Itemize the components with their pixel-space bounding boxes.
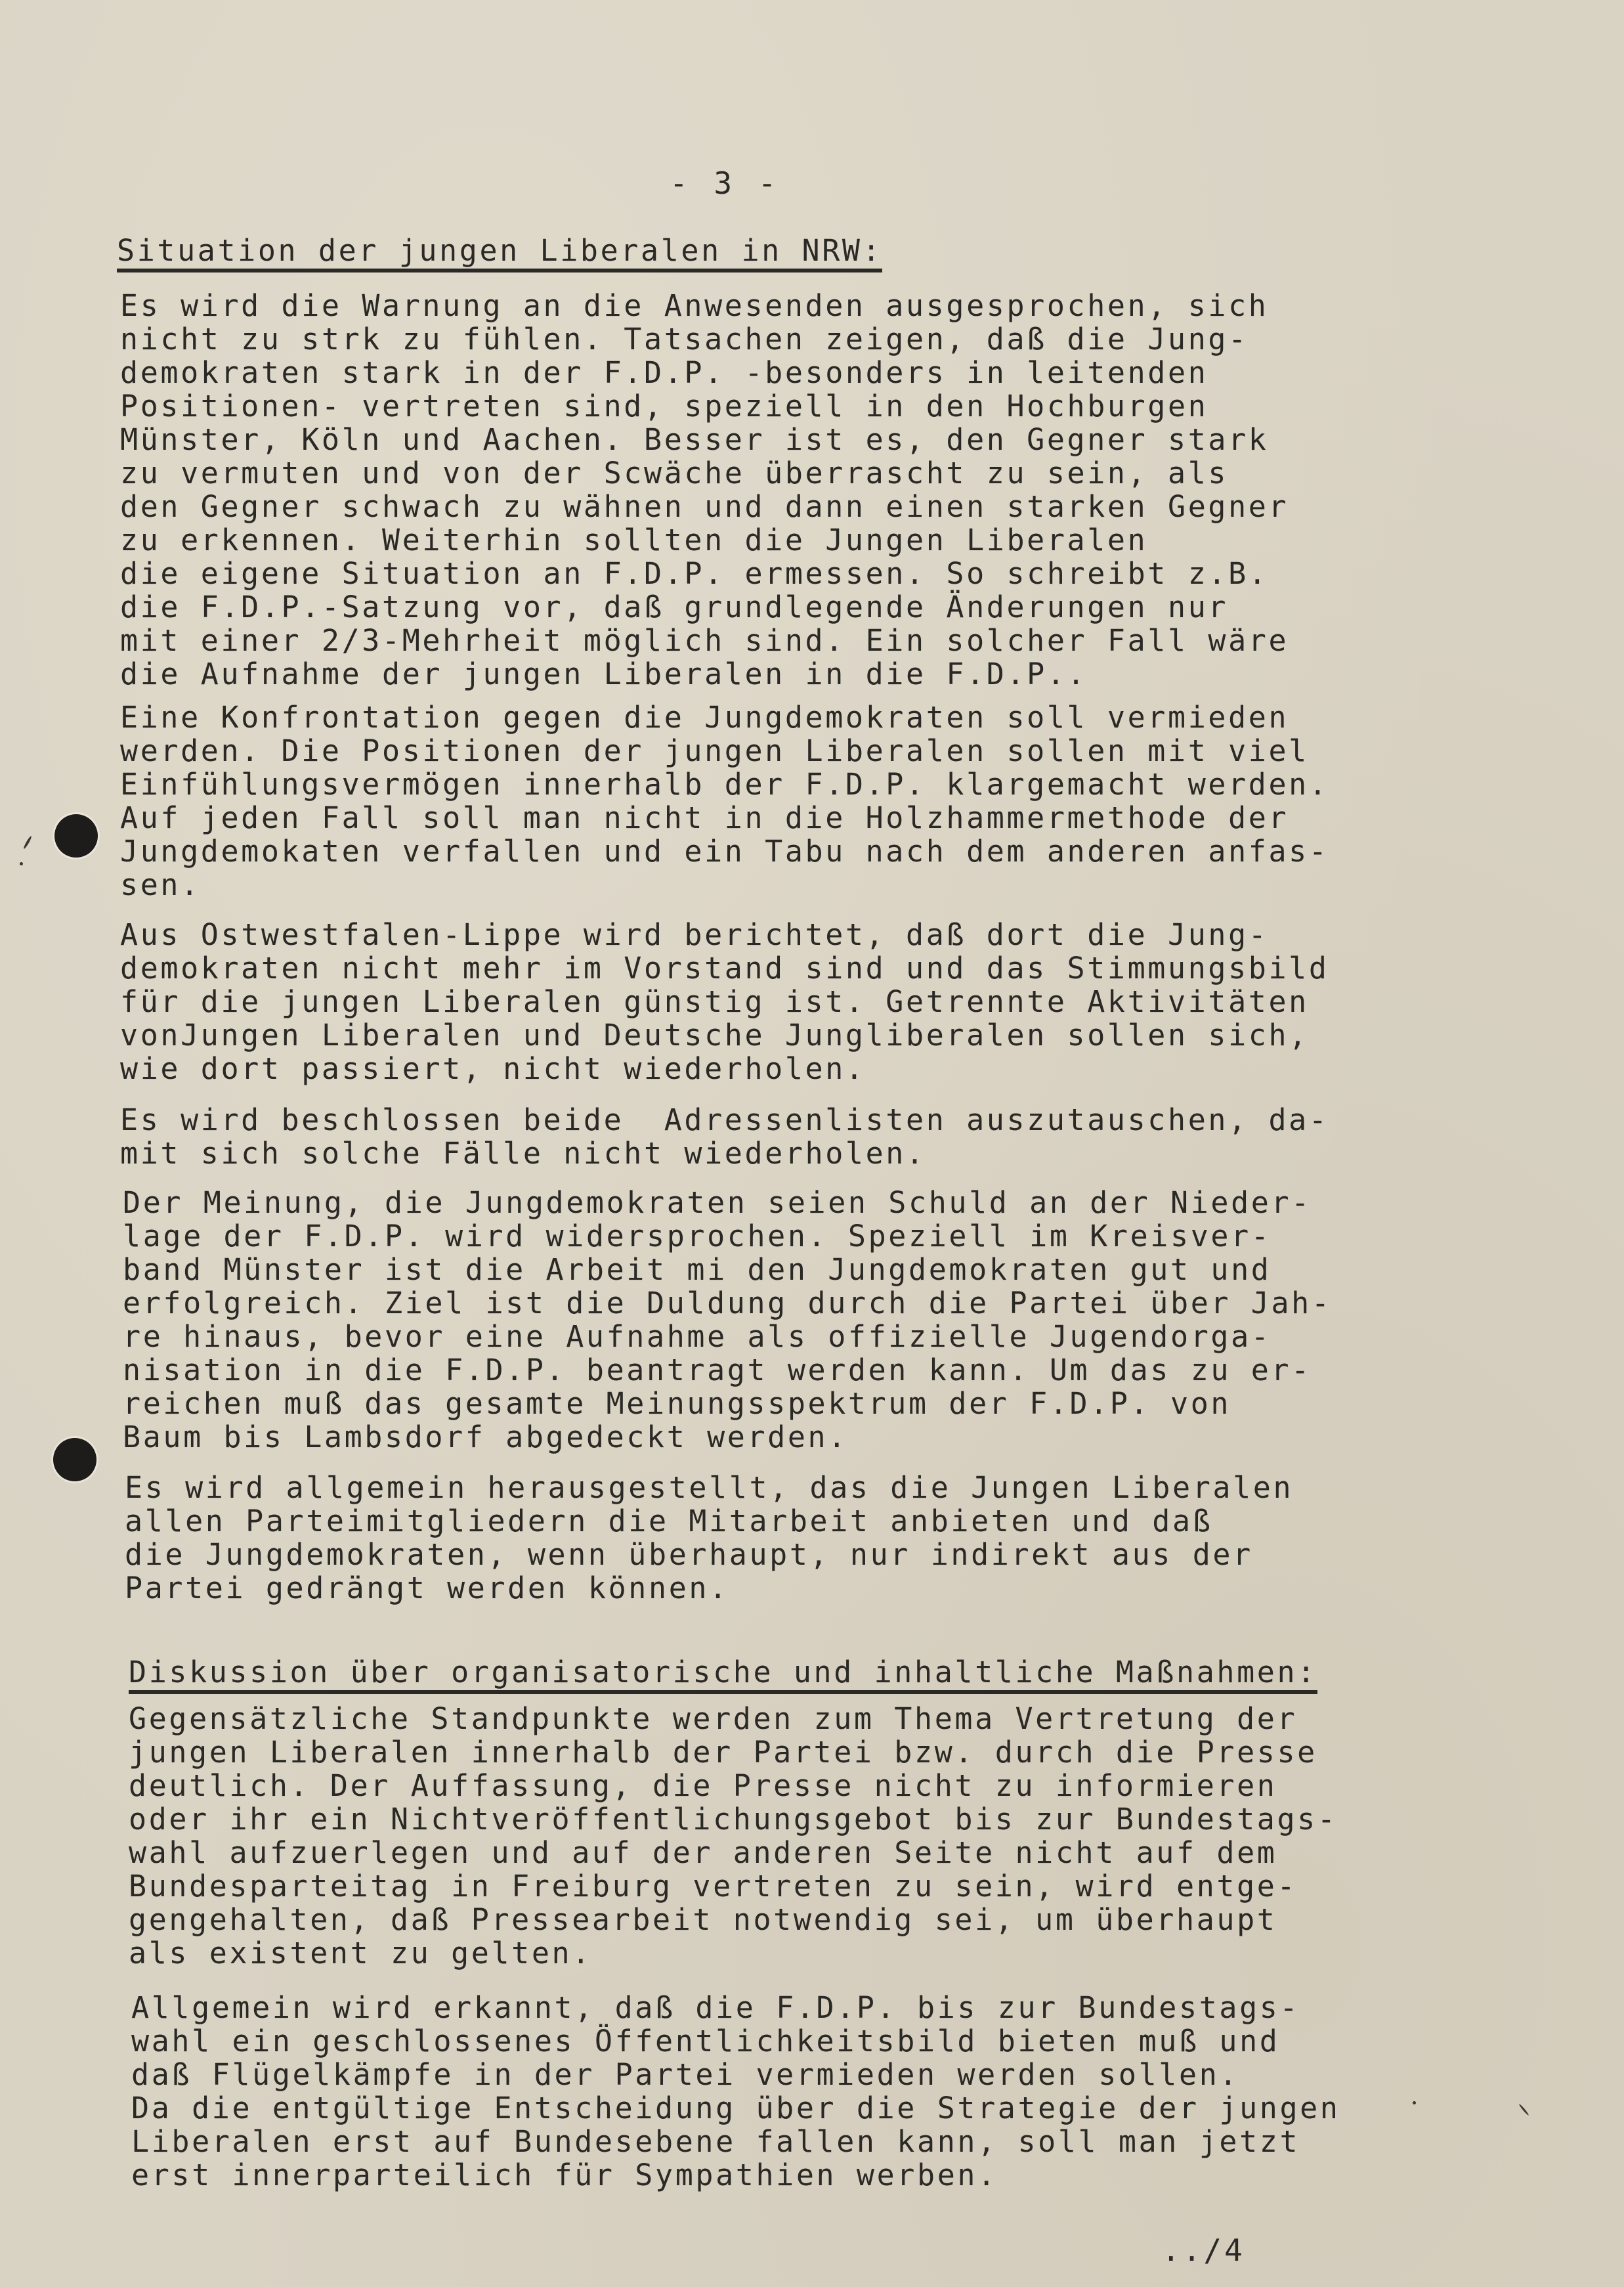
- text-line: zu vermuten und von der Scwäche überrasc…: [120, 456, 1289, 490]
- text-line: erst innerparteilich für Sympathien werb…: [131, 2158, 1340, 2192]
- text-line: werden. Die Positionen der jungen Libera…: [120, 734, 1329, 768]
- text-line: band Münster ist die Arbeit mi den Jungd…: [123, 1253, 1332, 1286]
- text-line: Baum bis Lambsdorf abgedeckt werden.: [123, 1420, 1332, 1454]
- text-line: vonJungen Liberalen und Deutsche Junglib…: [120, 1018, 1329, 1052]
- text-line: erfolgreich. Ziel ist die Duldung durch …: [123, 1286, 1332, 1320]
- text-line: die Aufnahme der jungen Liberalen in die…: [120, 657, 1289, 691]
- text-line: nisation in die F.D.P. beantragt werden …: [123, 1353, 1332, 1387]
- text-line: für die jungen Liberalen günstig ist. Ge…: [120, 985, 1329, 1018]
- text-line: die Jungdemokraten, wenn überhaupt, nur …: [125, 1538, 1293, 1571]
- text-line: Gegensätzliche Standpunkte werden zum Th…: [129, 1702, 1338, 1735]
- text-line: re hinaus, bevor eine Aufnahme als offiz…: [123, 1320, 1332, 1353]
- text-line: Münster, Köln und Aachen. Besser ist es,…: [120, 423, 1289, 456]
- text-line: Einfühlungsvermögen innerhalb der F.D.P.…: [120, 768, 1329, 801]
- text-line: Allgemein wird erkannt, daß die F.D.P. b…: [131, 1991, 1340, 2024]
- continuation-marker: ../4: [1162, 2233, 1245, 2268]
- text-line: Es wird allgemein herausgestellt, das di…: [125, 1471, 1293, 1504]
- text-line: sen.: [120, 868, 1329, 902]
- text-line: Bundesparteitag in Freiburg vertreten zu…: [129, 1869, 1338, 1903]
- text-line: demokraten nicht mehr im Vorstand sind u…: [120, 951, 1329, 985]
- text-line: daß Flügelkämpfe in der Partei vermieden…: [131, 2058, 1340, 2091]
- text-line: Jungdemokaten verfallen und ein Tabu nac…: [120, 835, 1329, 868]
- text-line: Positionen- vertreten sind, speziell in …: [120, 389, 1289, 423]
- text-line: demokraten stark in der F.D.P. -besonder…: [120, 356, 1289, 389]
- text-line: wahl ein geschlossenes Öffentlichkeitsbi…: [131, 2024, 1340, 2058]
- ink-speck: [1518, 2104, 1529, 2116]
- text-line: allen Parteimitgliedern die Mitarbeit an…: [125, 1504, 1293, 1538]
- text-line: Aus Ostwestfalen-Lippe wird berichtet, d…: [120, 918, 1329, 951]
- text-line: mit einer 2/3-Mehrheit möglich sind. Ein…: [120, 624, 1289, 657]
- text-line: wahl aufzuerlegen und auf der anderen Se…: [129, 1836, 1338, 1869]
- text-line: Auf jeden Fall soll man nicht in die Hol…: [120, 801, 1329, 835]
- text-line: nicht zu strk zu fühlen. Tatsachen zeige…: [120, 322, 1289, 356]
- text-line: die F.D.P.-Satzung vor, daß grundlegende…: [120, 590, 1289, 624]
- ink-speck: [1413, 2101, 1416, 2104]
- text-line: wie dort passiert, nicht wiederholen.: [120, 1052, 1329, 1085]
- text-line: Eine Konfrontation gegen die Jungdemokra…: [120, 701, 1329, 734]
- paragraph: Es wird beschlossen beide Adressenlisten…: [120, 1103, 1329, 1170]
- text-line: Partei gedrängt werden können.: [125, 1571, 1293, 1605]
- text-line: Es wird beschlossen beide Adressenlisten…: [120, 1103, 1329, 1137]
- ink-speck: [23, 835, 32, 849]
- text-line: die eigene Situation an F.D.P. ermessen.…: [120, 557, 1289, 590]
- paragraph: Gegensätzliche Standpunkte werden zum Th…: [129, 1702, 1338, 1970]
- text-line: den Gegner schwach zu wähnen und dann ei…: [120, 490, 1289, 523]
- text-line: reichen muß das gesamte Meinungsspektrum…: [123, 1387, 1332, 1420]
- paragraph: Es wird die Warnung an die Anwesenden au…: [120, 289, 1289, 691]
- paragraph: Der Meinung, die Jungdemokraten seien Sc…: [123, 1186, 1332, 1454]
- punch-hole-icon: [53, 1438, 96, 1481]
- text-line: lage der F.D.P. wird widersprochen. Spez…: [123, 1219, 1332, 1253]
- text-line: oder ihr ein Nichtveröffentlichungsgebot…: [129, 1802, 1338, 1836]
- text-line: Der Meinung, die Jungdemokraten seien Sc…: [123, 1186, 1332, 1219]
- text-line: deutlich. Der Auffassung, die Presse nic…: [129, 1769, 1338, 1802]
- text-line: Es wird die Warnung an die Anwesenden au…: [120, 289, 1289, 322]
- paragraph: Allgemein wird erkannt, daß die F.D.P. b…: [131, 1991, 1340, 2192]
- paragraph: Aus Ostwestfalen-Lippe wird berichtet, d…: [120, 918, 1329, 1085]
- text-line: zu erkennen. Weiterhin sollten die Junge…: [120, 523, 1289, 557]
- paragraph: Es wird allgemein herausgestellt, das di…: [125, 1471, 1293, 1605]
- text-line: Da die entgültige Entscheidung über die …: [131, 2091, 1340, 2125]
- page-number: - 3 -: [670, 165, 780, 201]
- text-line: mit sich solche Fälle nicht wiederholen.: [120, 1137, 1329, 1170]
- text-line: gengehalten, daß Pressearbeit notwendig …: [129, 1903, 1338, 1936]
- text-line: als existent zu gelten.: [129, 1936, 1338, 1970]
- document-page: - 3 - Situation der jungen Liberalen in …: [0, 0, 1624, 2287]
- text-line: Liberalen erst auf Bundesebene fallen ka…: [131, 2125, 1340, 2158]
- section-heading: Diskussion über organisatorische und inh…: [129, 1656, 1317, 1694]
- paragraph: Eine Konfrontation gegen die Jungdemokra…: [120, 701, 1329, 902]
- text-line: jungen Liberalen innerhalb der Partei bz…: [129, 1735, 1338, 1769]
- section-heading: Situation der jungen Liberalen in NRW:: [117, 234, 882, 272]
- ink-speck: [20, 862, 23, 865]
- punch-hole-icon: [54, 814, 98, 858]
